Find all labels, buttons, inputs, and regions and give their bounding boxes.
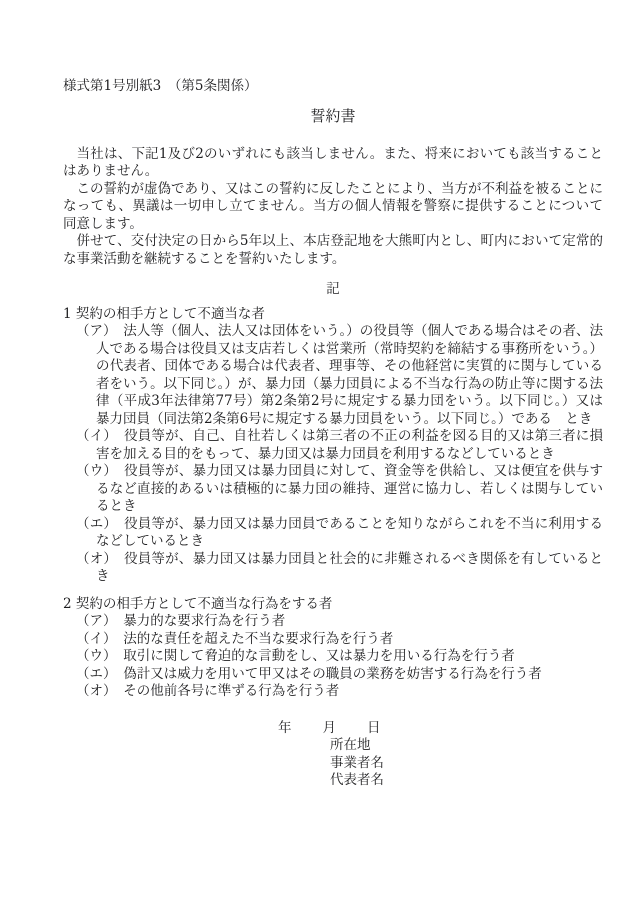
ki-list-heading: 記: [63, 281, 603, 299]
section-2: 2 契約の相手方として不適当な行為をする者 （ア） 暴力的な要求行為を行う者 （…: [63, 596, 603, 701]
pledge-document-page: 様式第1号別紙3 （第5条関係） 誓約書 当社は、下記1及び2のいずれにも該当し…: [0, 0, 630, 903]
section-2-item-i: （イ） 法的な責任を超えた不当な要求行為を行う者: [63, 631, 603, 649]
section-1-item-e: （エ） 役員等が、暴力団又は暴力団員であることを知りながらこれを不当に利用するな…: [63, 516, 603, 551]
intro-paragraphs: 当社は、下記1及び2のいずれにも該当しません。また、将来においても該当することは…: [63, 146, 603, 269]
document-title: 誓約書: [63, 107, 603, 125]
section-2-heading: 2 契約の相手方として不適当な行為をする者: [63, 596, 603, 614]
section-1-item-o: （オ） 役員等が、暴力団又は暴力団員と社会的に非難されるべき関係を有しているとき: [63, 551, 603, 586]
section-2-item-u: （ウ） 取引に関して脅迫的な言動をし、又は暴力を用いる行為を行う者: [63, 648, 603, 666]
representative-name-field-label: 代表者名: [330, 772, 603, 790]
section-2-item-o: （オ） その他前各号に準ずる行為を行う者: [63, 683, 603, 701]
date-day-label: 日: [367, 720, 381, 738]
signature-block: 年 月 日 所在地 事業者名 代表者名: [63, 720, 603, 790]
intro-paragraph-2: この誓約が虚偽であり、又はこの誓約に反したことにより、当方が不利益を被ることにな…: [63, 181, 603, 234]
date-month-label: 月: [323, 720, 337, 738]
date-line: 年 月 日: [278, 720, 603, 738]
form-number-label: 様式第1号別紙3 （第5条関係）: [63, 78, 603, 96]
section-1: 1 契約の相手方として不適当な者 （ア） 法人等（個人、法人又は団体をいう。）の…: [63, 306, 603, 586]
section-1-heading: 1 契約の相手方として不適当な者: [63, 306, 603, 324]
address-field-label: 所在地: [330, 737, 603, 755]
section-2-item-a: （ア） 暴力的な要求行為を行う者: [63, 613, 603, 631]
business-name-field-label: 事業者名: [330, 755, 603, 773]
date-year-label: 年: [278, 720, 292, 738]
section-2-item-e: （エ） 偽計又は威力を用いて甲又はその職員の業務を妨害する行為を行う者: [63, 666, 603, 684]
intro-paragraph-1: 当社は、下記1及び2のいずれにも該当しません。また、将来においても該当することは…: [63, 146, 603, 181]
section-1-item-u: （ウ） 役員等が、暴力団又は暴力団員に対して、資金等を供給し、又は便宜を供与する…: [63, 463, 603, 516]
section-1-item-i: （イ） 役員等が、自己、自社若しくは第三者の不正の利益を図る目的又は第三者に損害…: [63, 428, 603, 463]
signature-fields: 所在地 事業者名 代表者名: [330, 737, 603, 790]
section-1-item-a: （ア） 法人等（個人、法人又は団体をいう。）の役員等（個人である場合はその者、法…: [63, 323, 603, 428]
intro-paragraph-3: 併せて、交付決定の日から5年以上、本店登記地を大熊町内とし、町内において定常的な…: [63, 233, 603, 268]
